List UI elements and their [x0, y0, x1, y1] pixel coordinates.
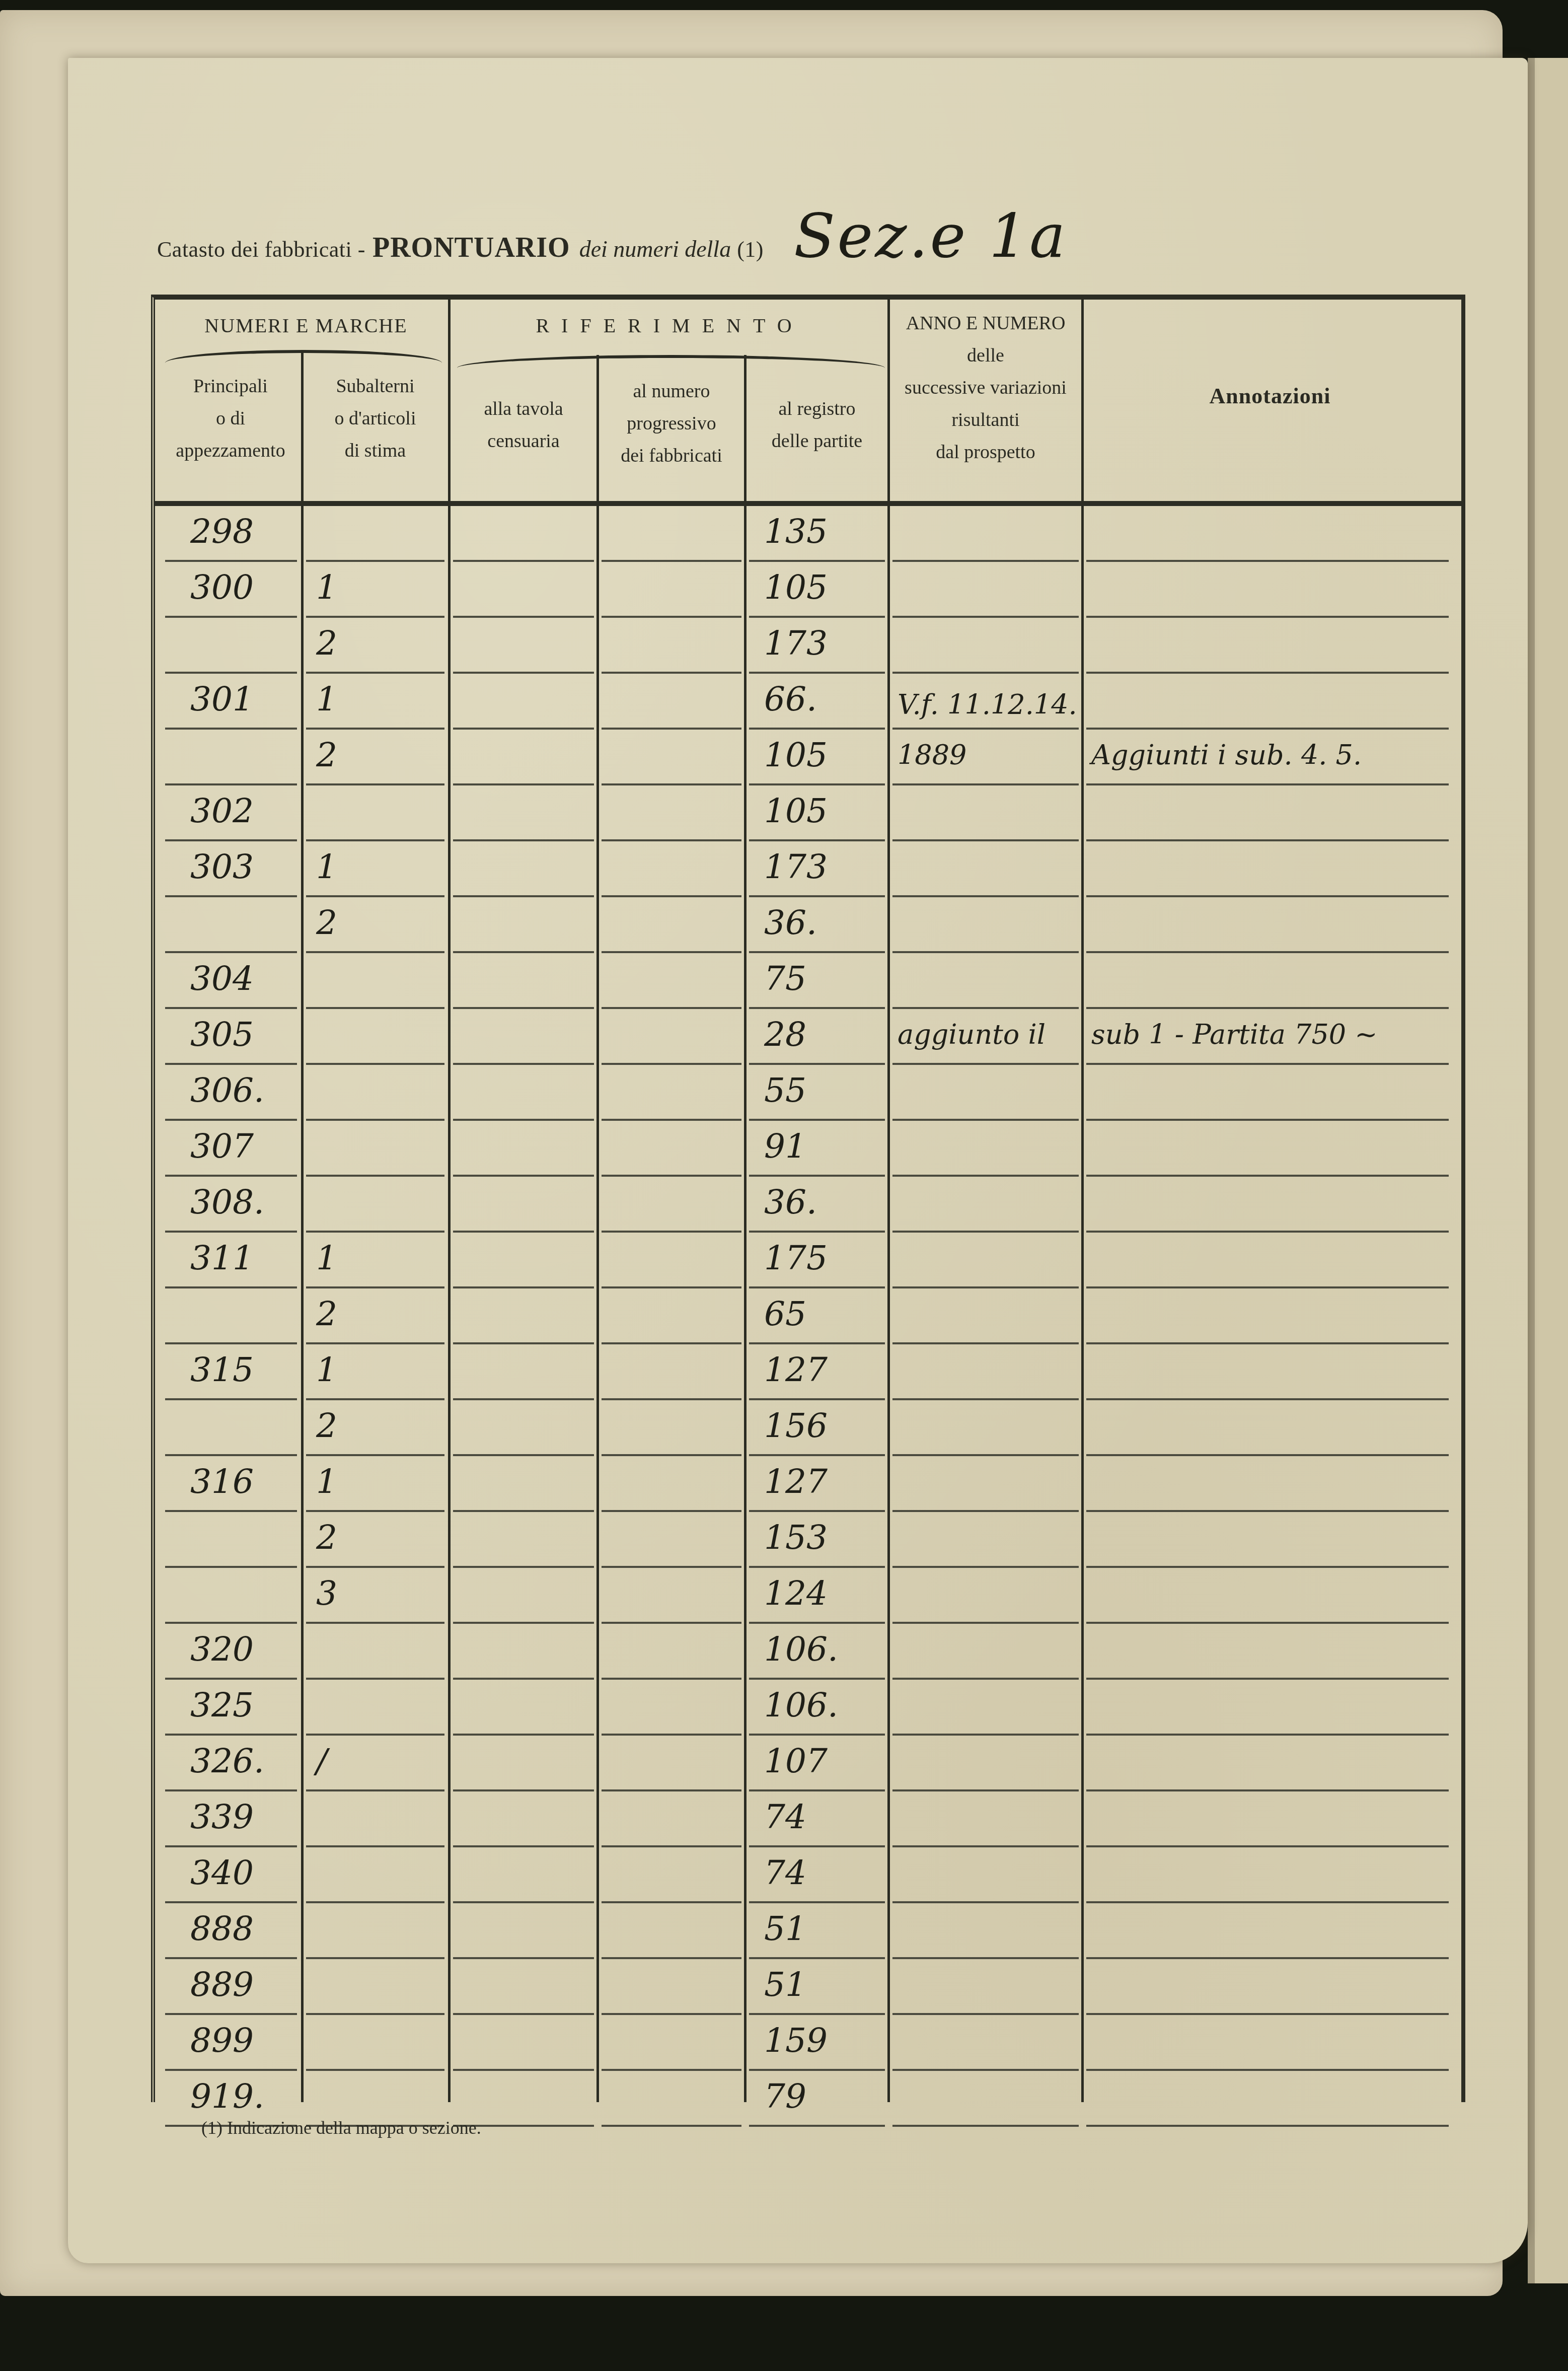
- cell-progressivo: [602, 728, 741, 785]
- cell-variazioni: [892, 1286, 1079, 1344]
- table-row: 265: [155, 1288, 1461, 1344]
- header-principali: Principali o di appezzamento: [160, 370, 301, 467]
- cell-variazioni: [892, 839, 1079, 897]
- table-row: 306.55: [155, 1065, 1461, 1121]
- cell-progressivo: [602, 1175, 741, 1233]
- cell-text: 156: [764, 1401, 828, 1451]
- cell-variazioni: V.f. 11.12.14. 1889: [892, 728, 1079, 785]
- brace-riferimento: [457, 355, 885, 368]
- cell-text: 298: [190, 507, 254, 557]
- cell-text: 1: [316, 1345, 337, 1395]
- cell-text: 307: [190, 1121, 254, 1172]
- cell-progressivo: [602, 1510, 741, 1568]
- cell-tavola: [453, 504, 594, 562]
- cell-principale: 304: [165, 951, 297, 1009]
- cell-registro: 51: [749, 1901, 885, 1959]
- cell-variazioni: [892, 1957, 1079, 2015]
- cell-registro: 79: [749, 2069, 885, 2127]
- cell-text: 340: [190, 1848, 254, 1898]
- cell-text: 304: [190, 954, 254, 1004]
- table-row: 33974: [155, 1791, 1461, 1847]
- adjacent-page-edge: [1528, 58, 1568, 2283]
- cell-text: 106.: [764, 1680, 838, 1731]
- cell-text: aggiunto il: [898, 1010, 1046, 1060]
- cell-tavola: [453, 1789, 594, 1847]
- table-row: 2156: [155, 1400, 1461, 1456]
- cell-tavola: [453, 1622, 594, 1680]
- table-row: 30475: [155, 953, 1461, 1009]
- cell-text: 36.: [764, 898, 817, 948]
- cell-variazioni: [892, 616, 1079, 674]
- cell-progressivo: [602, 1957, 741, 2015]
- table-row: 298135: [155, 506, 1461, 562]
- cell-text: 74: [764, 1848, 806, 1898]
- cell-text: 1: [316, 1233, 337, 1283]
- cell-variazioni: [892, 1734, 1079, 1791]
- table-row: 326./107: [155, 1736, 1461, 1791]
- cell-text: 74: [764, 1792, 806, 1842]
- cell-registro: 51: [749, 1957, 885, 2015]
- cell-progressivo: [602, 1398, 741, 1456]
- cell-text: 105: [764, 730, 828, 780]
- cell-tavola: [453, 1845, 594, 1903]
- cell-registro: 124: [749, 1566, 885, 1624]
- table-row: 899159: [155, 2015, 1461, 2071]
- cell-progressivo: [602, 839, 741, 897]
- cell-text: 1: [316, 674, 337, 725]
- cell-progressivo: [602, 1119, 741, 1177]
- header-line: delle partite: [746, 425, 887, 457]
- cell-text: 2: [316, 730, 337, 780]
- cell-text: 3: [316, 1568, 337, 1619]
- cell-principale: [165, 728, 297, 785]
- cell-progressivo: [602, 672, 741, 730]
- cell-text: 79: [764, 2071, 806, 2122]
- cell-annotazioni: [1086, 1734, 1449, 1791]
- cell-subalterno: [306, 1845, 444, 1903]
- cell-subalterno: 3: [306, 1566, 444, 1624]
- table-row: 325106.: [155, 1680, 1461, 1736]
- cell-text: 2: [316, 1401, 337, 1451]
- table-row: 30528aggiunto ilsub 1 - Partita 750 ~: [155, 1009, 1461, 1065]
- footnote: (1) Indicazione della mappa o sezione.: [201, 2117, 481, 2138]
- cell-progressivo: [602, 1845, 741, 1903]
- cell-subalterno: [306, 1678, 444, 1736]
- cell-annotazioni: [1086, 1454, 1449, 1512]
- header-tavola: alla tavola censuaria: [451, 393, 596, 457]
- cell-subalterno: 2: [306, 616, 444, 674]
- header-line: dal prospetto: [890, 436, 1081, 468]
- table-row: 3001105: [155, 562, 1461, 618]
- cell-annotazioni: [1086, 1342, 1449, 1400]
- cell-annotazioni: [1086, 1622, 1449, 1680]
- cell-principale: 302: [165, 783, 297, 841]
- cell-variazioni: [892, 1678, 1079, 1736]
- cell-tavola: [453, 728, 594, 785]
- cell-text: 175: [764, 1233, 828, 1283]
- cell-progressivo: [602, 1007, 741, 1065]
- cell-annotazioni: [1086, 1510, 1449, 1568]
- cell-registro: 36.: [749, 1175, 885, 1233]
- cell-principale: [165, 1510, 297, 1568]
- cell-subalterno: [306, 1175, 444, 1233]
- cell-variazioni: aggiunto il: [892, 1007, 1079, 1065]
- cell-progressivo: [602, 1901, 741, 1959]
- cell-text: 173: [764, 842, 828, 892]
- cell-progressivo: [602, 560, 741, 618]
- cell-annotazioni: [1086, 1678, 1449, 1736]
- cell-text: 36.: [764, 1177, 817, 1228]
- cell-subalterno: [306, 1063, 444, 1121]
- cell-text: 889: [190, 1960, 254, 2010]
- cell-registro: 91: [749, 1119, 885, 1177]
- cell-tavola: [453, 1342, 594, 1400]
- cell-registro: 107: [749, 1734, 885, 1791]
- cell-principale: [165, 1286, 297, 1344]
- cell-progressivo: [602, 1566, 741, 1624]
- header-line: ANNO E NUMERO: [890, 307, 1081, 339]
- cell-variazioni: [892, 951, 1079, 1009]
- cell-registro: 135: [749, 504, 885, 562]
- cell-registro: 127: [749, 1454, 885, 1512]
- cell-principale: 307: [165, 1119, 297, 1177]
- cell-variazioni: [892, 895, 1079, 953]
- cell-annotazioni: [1086, 504, 1449, 562]
- header-registro: al registro delle partite: [746, 393, 887, 457]
- header-numero-progressivo: al numero progressivo dei fabbricati: [599, 375, 744, 472]
- cell-tavola: [453, 1901, 594, 1959]
- cell-variazioni: [892, 1901, 1079, 1959]
- cell-text: 325: [190, 1680, 254, 1731]
- cell-registro: 106.: [749, 1678, 885, 1736]
- cell-variazioni: [892, 1789, 1079, 1847]
- cell-progressivo: [602, 2069, 741, 2127]
- cell-annotazioni: [1086, 1957, 1449, 2015]
- cell-principale: [165, 1566, 297, 1624]
- cell-tavola: [453, 560, 594, 618]
- cell-progressivo: [602, 1231, 741, 1288]
- header-line: delle: [890, 339, 1081, 372]
- cell-progressivo: [602, 1789, 741, 1847]
- table-row: 3151127: [155, 1344, 1461, 1400]
- header-line: alla tavola: [451, 393, 596, 425]
- cell-registro: 74: [749, 1845, 885, 1903]
- cell-annotazioni: [1086, 2069, 1449, 2127]
- table-row: 308.36.: [155, 1177, 1461, 1233]
- cell-annotazioni: [1086, 1566, 1449, 1624]
- cell-annotazioni: Aggiunti i sub. 4. 5.: [1086, 728, 1449, 785]
- cell-principale: [165, 1398, 297, 1456]
- cell-text: 308.: [190, 1177, 264, 1228]
- cell-registro: 105: [749, 783, 885, 841]
- cell-tavola: [453, 1510, 594, 1568]
- header-line: al numero: [599, 375, 744, 407]
- cell-tavola: [453, 895, 594, 953]
- cell-text: 919.: [190, 2071, 264, 2122]
- cell-registro: 127: [749, 1342, 885, 1400]
- header-anno-numero: ANNO E NUMERO delle successive variazion…: [890, 307, 1081, 468]
- table-row: 88951: [155, 1959, 1461, 2015]
- section-handwritten: Sez.e 1a: [794, 201, 1068, 271]
- cell-subalterno: [306, 1901, 444, 1959]
- cell-text: V.f. 11.12.14. 1889: [898, 680, 1079, 780]
- cell-annotazioni: [1086, 1286, 1449, 1344]
- cell-subalterno: 2: [306, 1510, 444, 1568]
- cell-text: 302: [190, 786, 254, 836]
- cell-text: 301: [190, 674, 254, 725]
- cell-text: 316: [190, 1457, 254, 1507]
- table-row: 320106.: [155, 1624, 1461, 1680]
- cell-tavola: [453, 1063, 594, 1121]
- group-header-numeri-e-marche: NUMERI E MARCHE: [165, 310, 447, 342]
- header-subalterni: Subalterni o d'articoli di stima: [304, 370, 447, 467]
- cell-text: 320: [190, 1624, 254, 1675]
- cell-registro: 55: [749, 1063, 885, 1121]
- cell-variazioni: [892, 1119, 1079, 1177]
- cell-text: 888: [190, 1904, 254, 1954]
- cell-annotazioni: [1086, 672, 1449, 730]
- header-line: Subalterni: [304, 370, 447, 402]
- cell-progressivo: [602, 1734, 741, 1791]
- table-row: 34074: [155, 1847, 1461, 1903]
- table-row: 2153: [155, 1512, 1461, 1568]
- cell-text: 1: [316, 1457, 337, 1507]
- cell-annotazioni: [1086, 895, 1449, 953]
- cell-annotazioni: [1086, 560, 1449, 618]
- cell-progressivo: [602, 1286, 741, 1344]
- cell-principale: 339: [165, 1789, 297, 1847]
- cell-text: 75: [764, 954, 806, 1004]
- cell-text: 66.: [764, 674, 817, 725]
- header-line: di stima: [304, 435, 447, 467]
- cell-registro: 65: [749, 1286, 885, 1344]
- cell-principale: [165, 616, 297, 674]
- cell-principale: 889: [165, 1957, 297, 2015]
- cell-progressivo: [602, 1622, 741, 1680]
- cell-variazioni: [892, 1398, 1079, 1456]
- cell-progressivo: [602, 1678, 741, 1736]
- cell-tavola: [453, 1007, 594, 1065]
- cell-text: 105: [764, 562, 828, 613]
- cell-annotazioni: [1086, 2013, 1449, 2071]
- cell-principale: 298: [165, 504, 297, 562]
- cell-variazioni: [892, 1566, 1079, 1624]
- table-row: 236.: [155, 897, 1461, 953]
- cell-text: 51: [764, 1904, 806, 1954]
- cell-progressivo: [602, 616, 741, 674]
- cell-annotazioni: [1086, 1845, 1449, 1903]
- cell-subalterno: 1: [306, 1454, 444, 1512]
- cell-tavola: [453, 1678, 594, 1736]
- cell-principale: 899: [165, 2013, 297, 2071]
- header-line: dei fabbricati: [599, 440, 744, 472]
- cell-variazioni: [892, 1510, 1079, 1568]
- cell-subalterno: [306, 1119, 444, 1177]
- cell-text: 305: [190, 1010, 254, 1060]
- table-row: 301166.: [155, 674, 1461, 730]
- cell-tavola: [453, 1957, 594, 2015]
- group-header-riferimento: RIFERIMENTO: [452, 310, 887, 342]
- cell-annotazioni: [1086, 1231, 1449, 1288]
- cell-text: 105: [764, 786, 828, 836]
- cell-principale: 340: [165, 1845, 297, 1903]
- cell-subalterno: /: [306, 1734, 444, 1791]
- cell-variazioni: [892, 2013, 1079, 2071]
- header-line: o d'articoli: [304, 402, 447, 435]
- cell-subalterno: [306, 1007, 444, 1065]
- cell-annotazioni: [1086, 1398, 1449, 1456]
- cell-progressivo: [602, 895, 741, 953]
- cell-principale: 888: [165, 1901, 297, 1959]
- cell-subalterno: [306, 1789, 444, 1847]
- cell-tavola: [453, 783, 594, 841]
- cell-registro: 153: [749, 1510, 885, 1568]
- cell-variazioni: [892, 1175, 1079, 1233]
- cell-text: 2: [316, 618, 337, 669]
- header-line: progressivo: [599, 407, 744, 440]
- cell-registro: 106.: [749, 1622, 885, 1680]
- cell-principale: 326.: [165, 1734, 297, 1791]
- cell-subalterno: 1: [306, 1231, 444, 1288]
- cell-registro: 159: [749, 2013, 885, 2071]
- header-line: o di: [160, 402, 301, 435]
- cell-variazioni: [892, 1342, 1079, 1400]
- cell-text: 124: [764, 1568, 828, 1619]
- cell-text: 55: [764, 1065, 806, 1116]
- cell-text: 51: [764, 1960, 806, 2010]
- cell-principale: 325: [165, 1678, 297, 1736]
- cell-principale: 303: [165, 839, 297, 897]
- cell-tavola: [453, 1734, 594, 1791]
- cell-variazioni: [892, 1231, 1079, 1288]
- brace-numeri: [165, 350, 442, 363]
- cell-tavola: [453, 672, 594, 730]
- table-row: 2173: [155, 618, 1461, 674]
- cell-text: 159: [764, 2016, 828, 2066]
- cell-annotazioni: [1086, 1063, 1449, 1121]
- table-row: 88851: [155, 1903, 1461, 1959]
- cell-subalterno: 2: [306, 895, 444, 953]
- cell-text: 135: [764, 507, 828, 557]
- cell-registro: 28: [749, 1007, 885, 1065]
- cell-progressivo: [602, 2013, 741, 2071]
- cell-annotazioni: [1086, 1175, 1449, 1233]
- cell-registro: 66.: [749, 672, 885, 730]
- cell-registro: 156: [749, 1398, 885, 1456]
- cell-text: 1: [316, 562, 337, 613]
- cell-text: 107: [764, 1736, 828, 1786]
- page-title: Catasto dei fabbricati - PRONTUARIO dei …: [157, 201, 1068, 302]
- prontuario-table: NUMERI E MARCHE RIFERIMENTO ANNO E NUMER…: [151, 295, 1465, 2102]
- cell-text: 127: [764, 1345, 828, 1395]
- cell-text: Aggiunti i sub. 4. 5.: [1091, 730, 1362, 780]
- cell-text: 300: [190, 562, 254, 613]
- cell-text: 153: [764, 1513, 828, 1563]
- cell-subalterno: 1: [306, 560, 444, 618]
- cell-annotazioni: [1086, 839, 1449, 897]
- header-line: al registro: [746, 393, 887, 425]
- cell-variazioni: [892, 1845, 1079, 1903]
- cell-text: sub 1 - Partita 750 ~: [1091, 1010, 1378, 1060]
- cell-principale: [165, 895, 297, 953]
- cell-text: 306.: [190, 1065, 264, 1116]
- cell-text: 311: [190, 1233, 254, 1283]
- cell-text: 315: [190, 1345, 254, 1395]
- cell-annotazioni: [1086, 1119, 1449, 1177]
- header-line: censuaria: [451, 425, 596, 457]
- cell-tavola: [453, 1566, 594, 1624]
- table-row: 30791: [155, 1121, 1461, 1177]
- footnote-ref: (1): [737, 237, 764, 262]
- cell-text: /: [316, 1736, 327, 1786]
- cell-annotazioni: [1086, 1901, 1449, 1959]
- cell-registro: 173: [749, 839, 885, 897]
- title-subtitle: dei numeri della: [579, 236, 731, 262]
- cell-subalterno: 1: [306, 1342, 444, 1400]
- cell-subalterno: [306, 2013, 444, 2071]
- cell-text: 339: [190, 1792, 254, 1842]
- cell-subalterno: 1: [306, 839, 444, 897]
- cell-registro: 175: [749, 1231, 885, 1288]
- cell-text: 2: [316, 898, 337, 948]
- cell-variazioni: [892, 783, 1079, 841]
- cell-subalterno: [306, 783, 444, 841]
- cell-variazioni: [892, 504, 1079, 562]
- cell-tavola: [453, 839, 594, 897]
- title-prefix: Catasto dei fabbricati -: [157, 237, 365, 262]
- cell-text: 65: [764, 1289, 806, 1339]
- cell-tavola: [453, 951, 594, 1009]
- cell-tavola: [453, 2013, 594, 2071]
- cell-registro: 105: [749, 560, 885, 618]
- cell-registro: 36.: [749, 895, 885, 953]
- cell-principale: 316: [165, 1454, 297, 1512]
- cell-text: 91: [764, 1121, 806, 1172]
- cell-subalterno: [306, 951, 444, 1009]
- cell-tavola: [453, 1286, 594, 1344]
- table-row: 3031173: [155, 841, 1461, 897]
- cell-principale: 315: [165, 1342, 297, 1400]
- cell-annotazioni: [1086, 616, 1449, 674]
- cell-text: 326.: [190, 1736, 264, 1786]
- cell-progressivo: [602, 504, 741, 562]
- title-main: PRONTUARIO: [372, 232, 570, 264]
- cell-variazioni: [892, 1063, 1079, 1121]
- cell-subalterno: [306, 1957, 444, 2015]
- table-row: 3161127: [155, 1456, 1461, 1512]
- cell-tavola: [453, 616, 594, 674]
- cell-registro: 74: [749, 1789, 885, 1847]
- cell-principale: 301: [165, 672, 297, 730]
- cell-tavola: [453, 1398, 594, 1456]
- cell-subalterno: 2: [306, 728, 444, 785]
- cell-principale: 305: [165, 1007, 297, 1065]
- cell-text: 127: [764, 1457, 828, 1507]
- cell-subalterno: [306, 504, 444, 562]
- cell-progressivo: [602, 951, 741, 1009]
- cell-variazioni: [892, 1454, 1079, 1512]
- cell-variazioni: [892, 1622, 1079, 1680]
- cell-text: 28: [764, 1010, 806, 1060]
- cell-annotazioni: sub 1 - Partita 750 ~: [1086, 1007, 1449, 1065]
- cell-progressivo: [602, 1454, 741, 1512]
- cell-subalterno: [306, 1622, 444, 1680]
- cell-text: 2: [316, 1289, 337, 1339]
- cell-variazioni: [892, 2069, 1079, 2127]
- header-line: risultanti: [890, 404, 1081, 436]
- header-line: Principali: [160, 370, 301, 402]
- cell-subalterno: 2: [306, 1286, 444, 1344]
